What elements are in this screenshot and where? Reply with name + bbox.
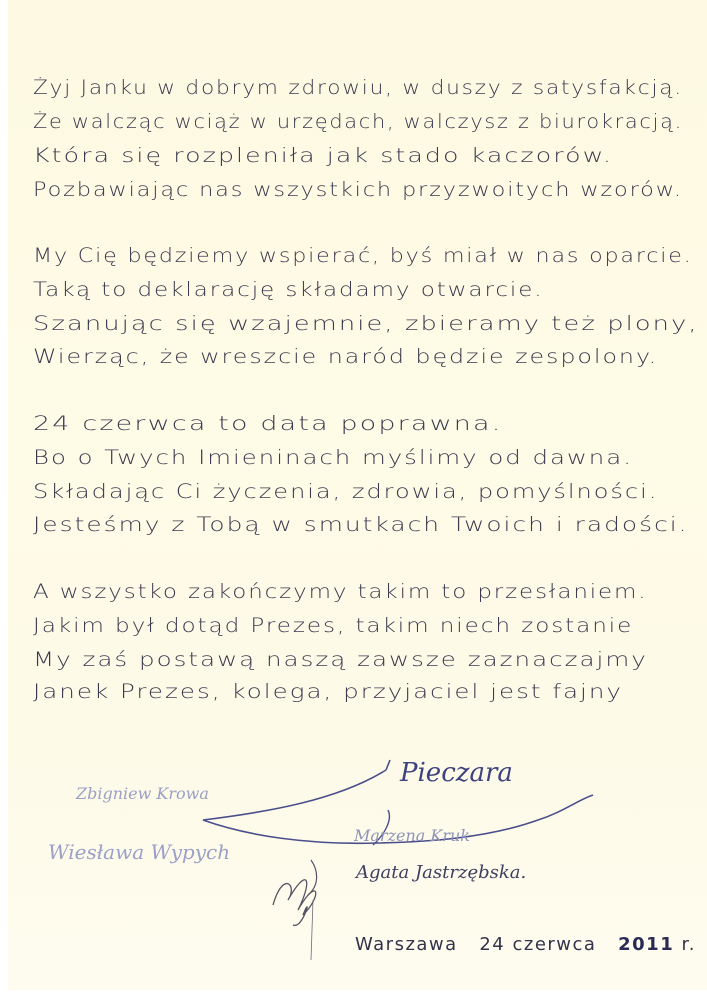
signature-agata: Agata Jastrzębska. bbox=[356, 862, 526, 883]
place: Warszawa bbox=[355, 934, 458, 955]
signature-wieslawa: Wiesława Wypych bbox=[48, 840, 230, 864]
year-suffix: r. bbox=[681, 934, 695, 955]
signature-marzena: Marzena Kruk bbox=[354, 826, 470, 845]
day-month: 24 czerwca bbox=[479, 934, 596, 955]
year: 2011 bbox=[618, 934, 674, 955]
paper-sheet: Żyj Janku w dobrym zdrowiu, w duszy z sa… bbox=[8, 0, 707, 990]
signature-pieczara: Pieczara bbox=[400, 758, 513, 788]
place-date: Warszawa 24 czerwca 2011 r. bbox=[355, 934, 696, 955]
signature-zbigniew: Zbigniew Krowa bbox=[76, 784, 209, 803]
